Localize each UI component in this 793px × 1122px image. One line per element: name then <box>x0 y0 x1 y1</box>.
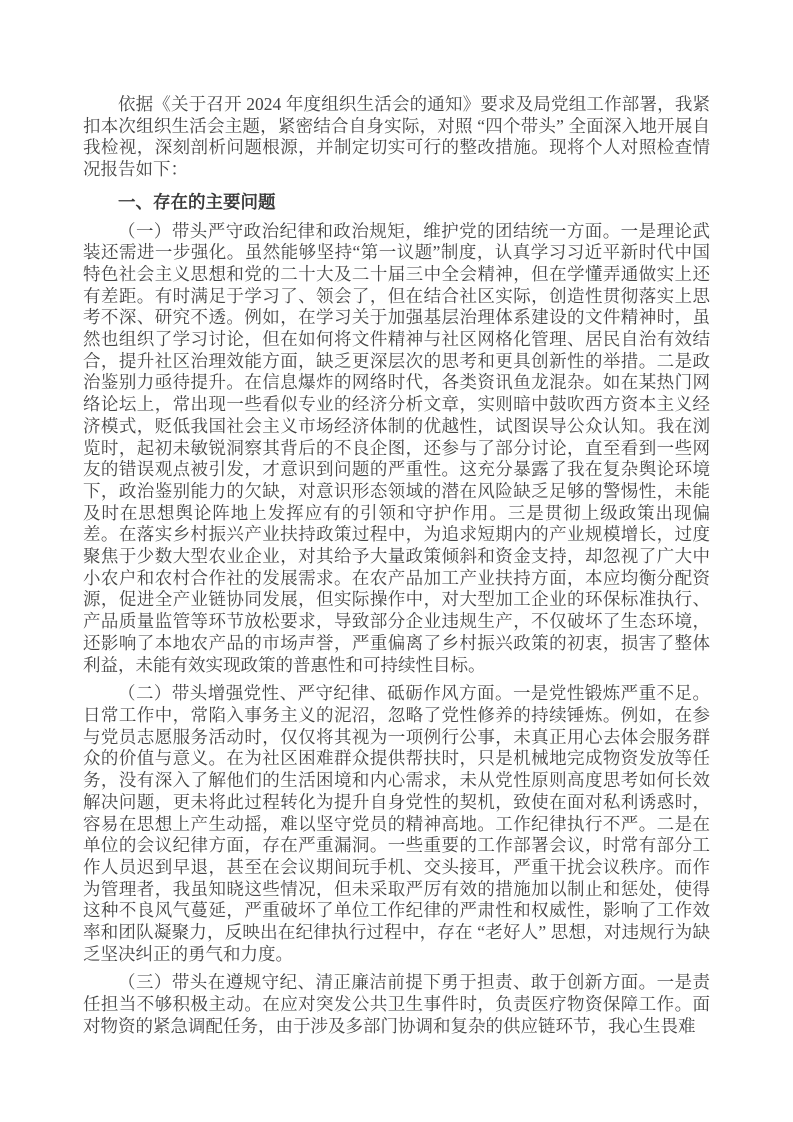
problem-paragraph-1: （一）带头严守政治纪律和政治规矩，维护党的团结统一方面。一是理论武装还需进一步强… <box>83 221 710 677</box>
problem-paragraph-3: （三）带头在遵规守纪、清正廉洁前提下勇于担责、敢于创新方面。一是责任担当不够积极… <box>83 972 710 1037</box>
problem-paragraph-2: （二）带头增强党性、严守纪律、砥砺作风方面。一是党性锻炼严重不足。日常工作中，常… <box>83 683 710 965</box>
document-page: 依据《关于召开 2024 年度组织生活会的通知》要求及局党组工作部署，我紧扣本次… <box>83 94 710 1045</box>
intro-paragraph: 依据《关于召开 2024 年度组织生活会的通知》要求及局党组工作部署，我紧扣本次… <box>83 94 710 181</box>
section-heading: 一、存在的主要问题 <box>83 192 710 214</box>
